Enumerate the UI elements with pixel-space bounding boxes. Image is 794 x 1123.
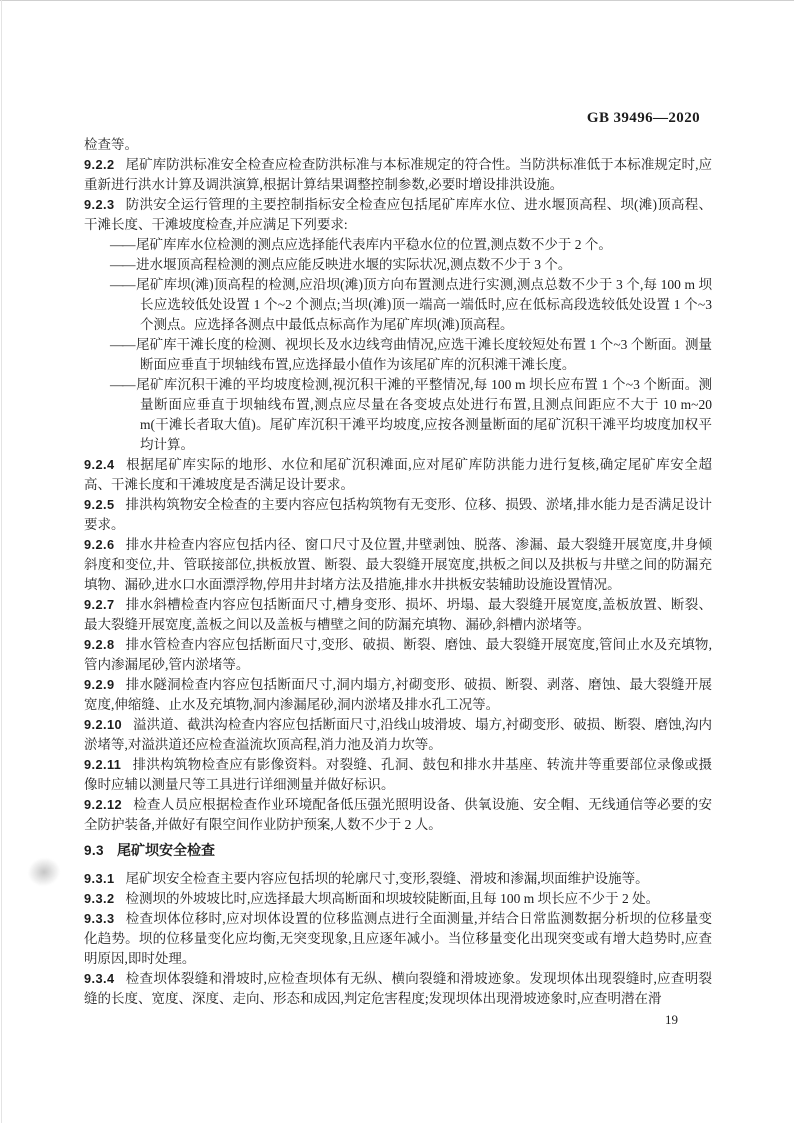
clause-paragraph: 9.2.7排水斜槽检查内容应包括断面尺寸,槽身变形、损坏、坍塌、最大裂缝开展宽度… [84,595,712,635]
clause-number: 9.2.10 [84,717,122,732]
clause-text: 排水斜槽检查内容应包括断面尺寸,槽身变形、损坏、坍塌、最大裂缝开展宽度,盖板放置… [84,597,712,632]
clause-paragraph: 9.2.6排水井检查内容应包括内径、窗口尺寸及位置,井壁剥蚀、脱落、渗漏、最大裂… [84,535,712,595]
clause-text: 检查等。 [84,137,138,152]
clause-text: 排水管检查内容应包括断面尺寸,变形、破损、断裂、磨蚀、最大裂缝开展宽度,管间止水… [84,637,712,672]
scan-edge-top [0,0,794,1]
clause-paragraph: 9.2.9排水隧洞检查内容应包括断面尺寸,洞内塌方,衬砌变形、破损、断裂、剥落、… [84,675,712,715]
dash-item-text: 尾矿库沉积干滩的平均坡度检测,视沉积干滩的平整情况,每 100 m 坝长应布置 … [136,377,712,452]
clause-paragraph: 9.2.5排洪构筑物安全检查的主要内容应包括构筑物有无变形、位移、损毁、淤堵,排… [84,495,712,535]
clause-number: 9.3.2 [84,891,114,906]
clause-paragraph: 9.2.10溢洪道、截洪沟检查内容应包括断面尺寸,沿线山坡滑坡、塌方,衬砌变形、… [84,715,712,755]
scan-smudge-artifact [25,855,62,889]
clause-paragraph: 9.3.3检查坝体位移时,应对坝体设置的位移监测点进行全面测量,并结合日常监测数… [84,909,712,969]
clause-number: 9.3.1 [84,871,114,886]
clause-text: 检测坝的外坡坡比时,应选择最大坝高断面和坝坡较陡断面,且每 100 m 坝长应不… [125,891,659,906]
dash-item-text: 尾矿库干滩长度的检测、视坝长及水边线弯曲情况,应选干滩长度较短处布置 1 个~3… [136,337,712,372]
clause-number: 9.3.4 [84,971,114,986]
clause-number: 9.2.3 [84,197,114,212]
clause-paragraph: 9.3.4检查坝体裂缝和滑坡时,应检查坝体有无纵、横向裂缝和滑坡迹象。发现坝体出… [84,969,712,1009]
clause-text: 尾矿库防洪标准安全检查应检查防洪标准与本标准规定的符合性。当防洪标准低于本标准规… [84,157,712,192]
clause-paragraph: 9.3.1尾矿坝安全检查主要内容应包括坝的轮廓尺寸,变形,裂缝、滑坡和渗漏,坝面… [84,869,712,889]
clause-number: 9.2.7 [84,597,114,612]
dash-marker: —— [110,337,134,352]
clause-paragraph: 9.2.2尾矿库防洪标准安全检查应检查防洪标准与本标准规定的符合性。当防洪标准低… [84,155,712,195]
clause-text: 尾矿坝安全检查主要内容应包括坝的轮廓尺寸,变形,裂缝、滑坡和渗漏,坝面维护设施等… [125,871,648,886]
clause-text: 排洪构筑物安全检查的主要内容应包括构筑物有无变形、位移、损毁、淤堵,排水能力是否… [84,497,712,532]
clause-number: 9.2.4 [84,457,114,472]
clause-text: 排水井检查内容应包括内径、窗口尺寸及位置,井壁剥蚀、脱落、渗漏、最大裂缝开展宽度… [84,537,712,592]
dash-list-item: ——尾矿库库水位检测的测点应选择能代表库内平稳水位的位置,测点数不少于 2 个。 [84,235,712,255]
page-number: 19 [665,1012,678,1028]
section-number: 9.3 [84,843,104,858]
clause-paragraph: 9.2.3防洪安全运行管理的主要控制指标安全检查应包括尾矿库库水位、进水堰顶高程… [84,195,712,235]
clause-number: 9.2.6 [84,537,114,552]
section-heading: 9.3尾矿坝安全检查 [84,840,712,861]
clause-number: 9.2.5 [84,497,114,512]
clause-paragraph: 9.2.8排水管检查内容应包括断面尺寸,变形、破损、断裂、磨蚀、最大裂缝开展宽度… [84,635,712,675]
dash-list-item: ——进水堰顶高程检测的测点应能反映进水堰的实际状况,测点数不少于 3 个。 [84,255,712,275]
paragraph-fragment: 检查等。 [84,135,712,155]
dash-marker: —— [110,377,134,392]
clause-number: 9.3.3 [84,911,114,926]
clause-number: 9.2.8 [84,637,114,652]
clause-text: 排洪构筑物检查应有影像资料。对裂缝、孔洞、鼓包和排水井基座、转流井等重要部位录像… [84,757,712,792]
dash-marker: —— [110,277,134,292]
clause-text: 检查人员应根据检查作业环境配备低压强光照明设备、供氧设施、安全帽、无线通信等必要… [84,797,712,832]
dash-item-text: 进水堰顶高程检测的测点应能反映进水堰的实际状况,测点数不少于 3 个。 [136,257,571,272]
dash-list: ——尾矿库库水位检测的测点应选择能代表库内平稳水位的位置,测点数不少于 2 个。… [84,235,712,455]
scan-edge-left [1,0,2,1123]
dash-marker: —— [110,237,134,252]
clause-text: 检查坝体裂缝和滑坡时,应检查坝体有无纵、横向裂缝和滑坡迹象。发现坝体出现裂缝时,… [84,971,712,1006]
clause-text: 溢洪道、截洪沟检查内容应包括断面尺寸,沿线山坡滑坡、塌方,衬砌变形、破损、断裂、… [84,717,712,752]
clause-paragraph: 9.2.4根据尾矿库实际的地形、水位和尾矿沉积滩面,应对尾矿库防洪能力进行复核,… [84,455,712,495]
dash-list-item: ——尾矿库沉积干滩的平均坡度检测,视沉积干滩的平整情况,每 100 m 坝长应布… [84,375,712,455]
clause-paragraph: 9.3.2检测坝的外坡坡比时,应选择最大坝高断面和坝坡较陡断面,且每 100 m… [84,889,712,909]
clause-number: 9.2.12 [84,797,122,812]
clause-number: 9.2.9 [84,677,114,692]
dash-list-item: ——尾矿库干滩长度的检测、视坝长及水边线弯曲情况,应选干滩长度较短处布置 1 个… [84,335,712,375]
clause-number: 9.2.2 [84,157,114,172]
clause-paragraph: 9.2.12检查人员应根据检查作业环境配备低压强光照明设备、供氧设施、安全帽、无… [84,795,712,835]
document-body: 检查等。9.2.2尾矿库防洪标准安全检查应检查防洪标准与本标准规定的符合性。当防… [84,135,712,1009]
clause-text: 根据尾矿库实际的地形、水位和尾矿沉积滩面,应对尾矿库防洪能力进行复核,确定尾矿库… [84,457,712,492]
clause-text: 检查坝体位移时,应对坝体设置的位移监测点进行全面测量,并结合日常监测数据分析坝的… [84,911,712,966]
clause-text: 防洪安全运行管理的主要控制指标安全检查应包括尾矿库库水位、进水堰顶高程、坝(滩)… [84,197,712,232]
dash-list-item: ——尾矿库坝(滩)顶高程的检测,应沿坝(滩)顶方向布置测点进行实测,测点总数不少… [84,275,712,335]
dash-item-text: 尾矿库库水位检测的测点应选择能代表库内平稳水位的位置,测点数不少于 2 个。 [136,237,612,252]
dash-marker: —— [110,257,134,272]
clause-paragraph: 9.2.11排洪构筑物检查应有影像资料。对裂缝、孔洞、鼓包和排水井基座、转流井等… [84,755,712,795]
standard-code-header: GB 39496—2020 [587,110,700,127]
document-page: GB 39496—2020 检查等。9.2.2尾矿库防洪标准安全检查应检查防洪标… [0,0,794,1123]
dash-item-text: 尾矿库坝(滩)顶高程的检测,应沿坝(滩)顶方向布置测点进行实测,测点总数不少于 … [136,277,712,332]
clause-text: 排水隧洞检查内容应包括断面尺寸,洞内塌方,衬砌变形、破损、断裂、剥落、磨蚀、最大… [84,677,712,712]
clause-number: 9.2.11 [84,757,121,772]
section-title: 尾矿坝安全检查 [117,842,215,858]
